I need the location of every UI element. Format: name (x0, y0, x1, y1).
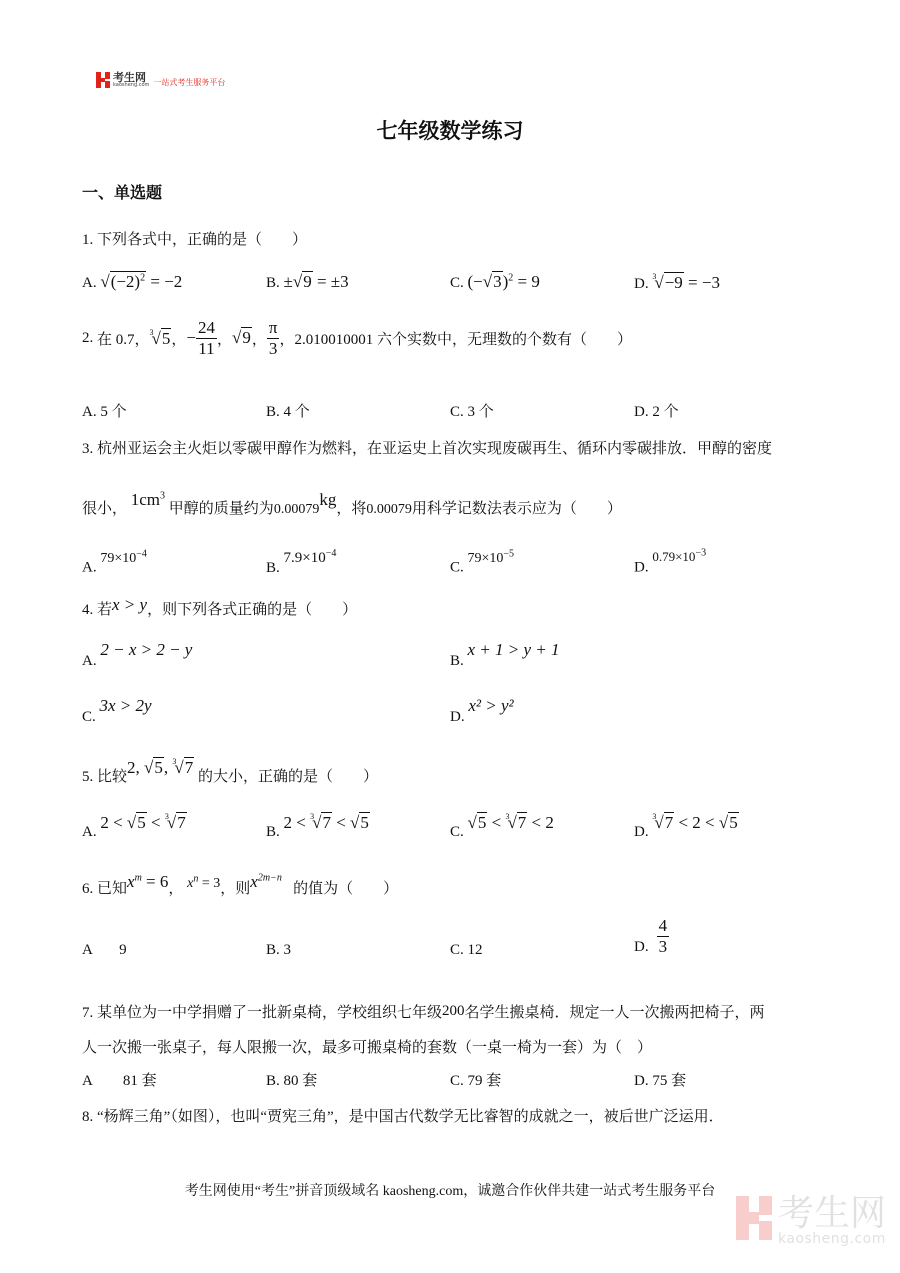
question-5-stem: 5. 比较2, √5, 3√7 的大小，正确的是（ ） (82, 757, 378, 786)
question-3-option-d: D. 0.79×10−3 (634, 548, 706, 576)
question-1-option-d: D. 3√−9 = −3 (634, 272, 720, 293)
watermark-cn: 考生网 (778, 1196, 886, 1232)
question-6-option-a: A 9 (82, 942, 127, 959)
question-4-option-a: A. 2 − x > 2 − y (82, 640, 192, 670)
question-2-option-d: D. 2 个 (634, 400, 679, 421)
header-logo: 考生网 kaosheng.com 一站式考生服务平台 (96, 72, 225, 88)
question-6-option-c: C. 12 (450, 942, 483, 959)
question-7-stem-line2: 人一次搬一张桌子，每人限搬一次，最多可搬桌椅的套数（一桌一椅为一套）为（ ） (82, 1036, 652, 1057)
question-6-option-d: D. 43 (634, 916, 669, 956)
question-5-option-a: A. 2 < √5 < 3√7 (82, 812, 187, 841)
question-7-option-d: D. 75 套 (634, 1069, 686, 1090)
question-4-option-d: D. x² > y² (450, 696, 514, 726)
question-1-option-b: B. ±√9 = ±3 (266, 272, 349, 292)
page-title: 七年级数学练习 (0, 115, 900, 145)
question-1-stem: 1. 下列各式中，正确的是（ ） (82, 228, 307, 249)
question-7-option-b: B. 80 套 (266, 1069, 317, 1090)
question-4-option-b: B. x + 1 > y + 1 (450, 640, 560, 670)
section-heading: 一、单选题 (82, 180, 162, 203)
question-5-option-c: C. √5 < 3√7 < 2 (450, 812, 554, 841)
question-4-stem: 4. 若x > y，则下列各式正确的是（ ） (82, 595, 357, 619)
question-3-option-b: B. 7.9×10−4 (266, 548, 336, 577)
question-2-option-c: C. 3 个 (450, 400, 494, 421)
logo-icon (96, 72, 110, 88)
question-3-stem-line1: 3. 杭州亚运会主火炬以零碳甲醇作为燃料，在亚运史上首次实现废碳再生、循环内零碳… (82, 437, 772, 458)
question-8-stem: 8. “杨辉三角”（如图），也叫“贾宪三角”，是中国古代数学无比睿智的成就之一，… (82, 1105, 724, 1126)
question-6-stem: 6. 已知xm = 6， xn = 3，则x2m−n 的值为（ ） (82, 872, 398, 898)
logo-slogan: 一站式考生服务平台 (153, 77, 225, 88)
question-1-option-c: C. (−√3)2 = 9 (450, 272, 540, 292)
watermark-logo-icon (736, 1196, 772, 1240)
question-7-option-c: C. 79 套 (450, 1069, 501, 1090)
question-5-option-b: B. 2 < 3√7 < √5 (266, 812, 370, 841)
question-2-option-a: A. 5 个 (82, 400, 127, 421)
watermark-logo: 考生网 kaosheng.com (736, 1196, 886, 1246)
question-7-stem-line1: 7. 某单位为一中学捐赠了一批新桌椅，学校组织七年级200名学生搬桌椅．规定一人… (82, 1001, 765, 1022)
question-6-option-b: B. 3 (266, 942, 291, 959)
question-3-option-c: C. 79×10−5 (450, 548, 514, 577)
question-2-stem: 2. 在 0.7， 3√5， − 2411， √9， π3 ，2.0100100… (82, 318, 632, 358)
question-5-option-d: D. 3√7 < 2 < √5 (634, 812, 739, 841)
question-2-option-b: B. 4 个 (266, 400, 310, 421)
question-3-option-a: A. 79×10−4 (82, 548, 147, 577)
question-3-stem-line2: 很小， 1cm3 甲醇的质量约为0.00079kg，将0.00079用科学记数法… (82, 490, 622, 518)
watermark-en: kaosheng.com (778, 1232, 886, 1246)
question-1-option-a: A. √(−2)2 = −2 (82, 272, 182, 292)
question-4-option-c: C. 3x > 2y (82, 696, 152, 726)
logo-en: kaosheng.com (113, 83, 149, 88)
question-7-option-a: A 81 套 (82, 1069, 157, 1090)
